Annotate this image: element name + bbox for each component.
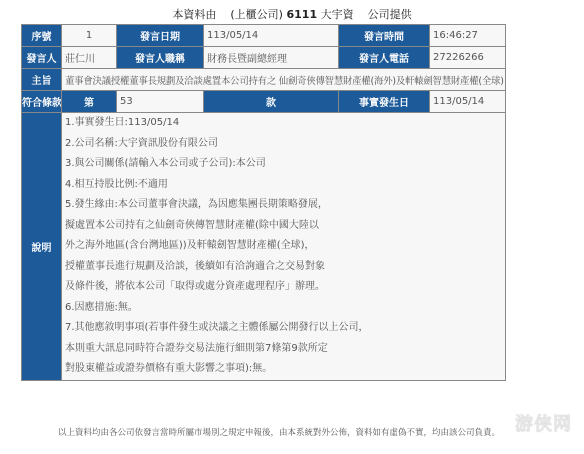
description-body: 1.事實發生日:113/05/14 2.公司名稱:大宇資訊股份有限公司 3.與公…	[62, 113, 506, 381]
phone-label: 發言人電話	[339, 47, 430, 69]
description-line: 3.與公司關係(請輸入本公司或子公司):本公司	[65, 154, 502, 175]
page-title: 本資料由 (上櫃公司) 6111 大宇資 公司提供	[0, 6, 584, 22]
subject-value: 董事會決議授權董事長規劃及洽談處置本公司持有之 仙劍奇俠傳智慧財產權(海外)及軒…	[62, 69, 506, 91]
table-row: 序號 1 發言日期 113/05/14 發言時間 16:46:27	[22, 25, 506, 47]
title-prefix: 本資料由	[172, 8, 216, 21]
table-row: 說明 1.事實發生日:113/05/14 2.公司名稱:大宇資訊股份有限公司 3…	[22, 113, 506, 381]
speaker-value: 莊仁川	[62, 47, 117, 69]
description-line: 5.發生緣由:本公司董事會決議，為因應集團長期策略發展，	[65, 195, 502, 216]
time-label: 發言時間	[339, 25, 430, 47]
date-value: 113/05/14	[204, 25, 339, 47]
table-row: 主旨 董事會決議授權董事長規劃及洽談處置本公司持有之 仙劍奇俠傳智慧財產權(海外…	[22, 69, 506, 91]
event-date-value: 113/05/14	[430, 91, 506, 113]
clause-value: 53	[117, 91, 204, 113]
description-line: 擬處置本公司持有之仙劍奇俠傳智慧財產權(除中國大陸以	[65, 216, 502, 237]
description-line: 1.事實發生日:113/05/14	[65, 113, 502, 134]
disclaimer-text: 以上資料均由各公司依發言當時所屬市場別之規定申報後，由本系統對外公佈，資料如有虛…	[58, 426, 500, 438]
stock-code: 6111	[286, 8, 317, 21]
company-short-name: 大宇資	[321, 8, 354, 21]
speaker-title-value: 財務長暨副總經理	[204, 47, 339, 69]
event-date-label: 事實發生日	[339, 91, 430, 113]
table-row: 符合條款 第 53 款 事實發生日 113/05/14	[22, 91, 506, 113]
description-line: 6.因應措施:無。	[65, 298, 502, 319]
description-line: 4.相互持股比例:不適用	[65, 175, 502, 196]
description-line: 本則重大訊息同時符合證券交易法施行細則第7條第9款所定	[65, 339, 502, 360]
description-line: 外之海外地區(含台灣地區))及軒轅劍智慧財產權(全球)，	[65, 236, 502, 257]
clause-label: 符合條款	[22, 91, 62, 113]
market-type: (上櫃公司)	[230, 8, 283, 21]
subject-label: 主旨	[22, 69, 62, 91]
title-suffix: 公司提供	[368, 8, 412, 21]
description-line: 7.其他應敘明事項(若事件發生或決議之主體係屬公開發行以上公司，	[65, 318, 502, 339]
announcement-table: 序號 1 發言日期 113/05/14 發言時間 16:46:27 發言人 莊仁…	[21, 24, 506, 381]
description-line: 對股東權益或證券價格有重大影響之事項):無。	[65, 359, 502, 380]
phone-value: 27226266	[430, 47, 506, 69]
seq-value: 1	[62, 25, 117, 47]
description-label: 說明	[22, 113, 62, 381]
date-label: 發言日期	[117, 25, 204, 47]
watermark-logo: 游侠网	[515, 410, 572, 436]
clause-suffix: 款	[204, 91, 339, 113]
speaker-label: 發言人	[22, 47, 62, 69]
description-line: 授權董事長進行規劃及洽談，後續如有洽詢適合之交易對象	[65, 257, 502, 278]
description-line: 及條件後，將依本公司「取得或處分資產處理程序」辦理。	[65, 277, 502, 298]
time-value: 16:46:27	[430, 25, 506, 47]
description-line: 2.公司名稱:大宇資訊股份有限公司	[65, 134, 502, 155]
seq-label: 序號	[22, 25, 62, 47]
table-row: 發言人 莊仁川 發言人職稱 財務長暨副總經理 發言人電話 27226266	[22, 47, 506, 69]
clause-prefix: 第	[62, 91, 117, 113]
speaker-title-label: 發言人職稱	[117, 47, 204, 69]
